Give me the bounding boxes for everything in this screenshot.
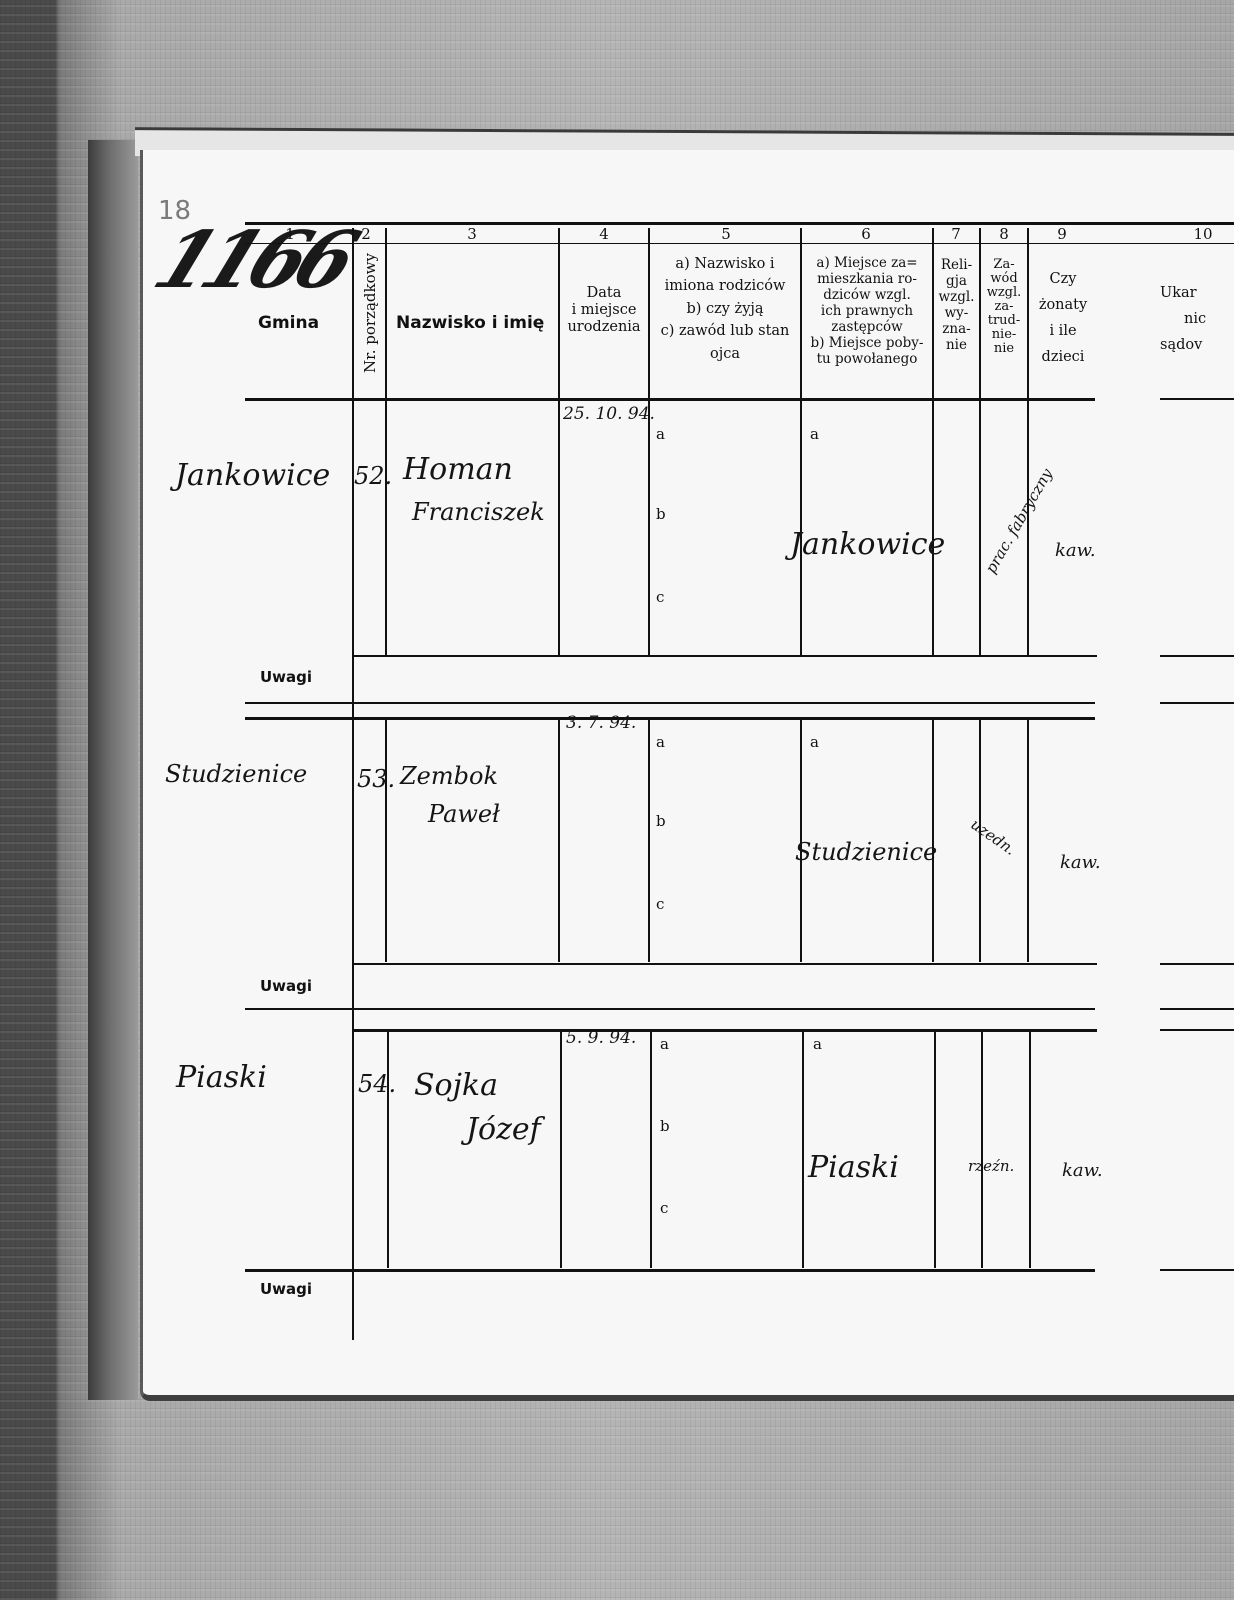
header-religion-line: gja <box>934 274 979 290</box>
header-punished-line: sądov <box>1160 332 1234 358</box>
header-parents-line: c) zawód lub stan <box>650 320 800 342</box>
entry-3-birth-date: 5. 9. 94. <box>566 1028 636 1048</box>
sub-label-a-residence: a <box>813 1035 822 1053</box>
header-gmina: Gmina <box>258 313 319 333</box>
remarks-label-2: Uwagi <box>260 977 312 995</box>
sub-label-b: b <box>656 505 666 523</box>
entry-3-given-name: Józef <box>466 1112 541 1147</box>
header-residence-line: a) Miejsce za= <box>802 256 932 272</box>
header-birth: Data i miejsce urodzenia <box>560 285 648 336</box>
header-parents-line: a) Nazwisko i <box>650 253 800 275</box>
entry-1-bottom-rule <box>352 655 1097 657</box>
entry-3-status: kaw. <box>1062 1160 1103 1181</box>
column-number-6: 6 <box>856 225 876 243</box>
header-parents-line: b) czy żyją <box>650 298 800 320</box>
entry-1-status: kaw. <box>1055 540 1096 561</box>
sub-label-c: c <box>660 1199 668 1217</box>
header-birth-line: Data <box>560 285 648 302</box>
header-occupation-line: za- <box>981 300 1027 314</box>
header-bottom-rule <box>245 398 1095 401</box>
entry-2-birth-date: 3. 7. 94. <box>566 713 636 733</box>
entry-3-gmina: Piaski <box>176 1060 267 1095</box>
header-residence-line: zastępców <box>802 320 932 336</box>
header-married-line: i ile <box>1029 318 1097 344</box>
column-number-7: 7 <box>946 225 966 243</box>
entry-3-occupation: rzeźn. <box>968 1157 1014 1175</box>
entry-2-residence: Studzienice <box>795 838 937 866</box>
header-parents: a) Nazwisko i imiona rodziców b) czy żyj… <box>650 253 800 365</box>
header-residence-line: dziców wzgl. <box>802 288 932 304</box>
col-divider-8-9c <box>1029 1030 1031 1268</box>
col-divider-5-6c <box>802 1030 804 1268</box>
header-religion-line: zna- <box>934 322 979 338</box>
colnum-rule <box>245 243 1234 244</box>
header-punished-line: Ukar <box>1160 280 1234 306</box>
entry-1-given-name: Franciszek <box>412 498 545 526</box>
book-spine-shadow <box>88 140 138 1400</box>
header-punished: Ukar nic sądov <box>1160 280 1234 358</box>
column-number-5: 5 <box>716 225 736 243</box>
header-occupation-line: Za- <box>981 258 1027 272</box>
col-divider-6-7c <box>934 1030 936 1268</box>
col-divider-7-8c <box>981 1030 983 1268</box>
entry-1-bottom-rule-right <box>1160 655 1234 657</box>
sub-label-a-residence: a <box>810 733 819 751</box>
header-residence-line: mieszkania ro- <box>802 272 932 288</box>
header-residence-line: tu powołanego <box>802 352 932 368</box>
uwagi-2-bottom-rule <box>245 1008 1095 1010</box>
entry-3-bottom-rule-right <box>1160 1269 1234 1271</box>
column-number-1: 1 <box>280 225 300 243</box>
remarks-label-3: Uwagi <box>260 1280 312 1298</box>
sub-label-c: c <box>656 588 664 606</box>
entry-3-bottom-rule <box>245 1269 1095 1272</box>
header-religion-line: wzgl. <box>934 290 979 306</box>
header-religion: Reli- gja wzgl. wy- zna- nie <box>934 258 979 354</box>
entry-2-top-rule <box>245 717 1095 720</box>
sub-label-b: b <box>660 1117 670 1135</box>
uwagi-1-bottom-rule <box>245 702 1095 704</box>
header-bottom-rule-right <box>1160 398 1234 400</box>
sub-label-a-residence: a <box>810 425 819 443</box>
col-divider-4-5c <box>650 1030 652 1268</box>
header-married-line: Czy <box>1029 266 1097 292</box>
header-residence-line: b) Miejsce poby- <box>802 336 932 352</box>
header-married: Czy żonaty i ile dzieci <box>1029 266 1097 370</box>
col-divider-3-4c <box>560 1030 562 1268</box>
sub-label-b: b <box>656 812 666 830</box>
col-divider-2-3c <box>387 1030 389 1268</box>
sub-label-a: a <box>656 733 665 751</box>
header-residence: a) Miejsce za= mieszkania ro- dziców wzg… <box>802 256 932 367</box>
column-number-4: 4 <box>594 225 614 243</box>
header-occupation-line: nie- <box>981 328 1027 342</box>
col-divider-3-4b <box>558 718 560 962</box>
header-married-line: dzieci <box>1029 344 1097 370</box>
col-divider-7-8b <box>979 718 981 962</box>
header-punished-line: nic <box>1160 306 1234 332</box>
entry-3-top-rule <box>352 1029 1097 1032</box>
header-religion-line: wy- <box>934 306 979 322</box>
entry-1-residence: Jankowice <box>790 527 945 562</box>
header-residence-line: ich prawnych <box>802 304 932 320</box>
header-occupation-line: wód <box>981 272 1027 286</box>
header-parents-line: ojca <box>650 343 800 365</box>
entry-2-bottom-rule-right <box>1160 963 1234 965</box>
entry-2-nr: 53. <box>357 765 395 793</box>
header-nazwisko-imie: Nazwisko i imię <box>396 313 544 333</box>
col-divider-1-2 <box>352 228 354 1340</box>
col-divider-8-9b <box>1027 718 1029 962</box>
entry-3-residence: Piaski <box>808 1150 899 1185</box>
header-parents-line: imiona rodziców <box>650 275 800 297</box>
entry-1-surname: Homan <box>403 452 513 487</box>
entry-1-nr: 52. <box>354 462 392 490</box>
entry-1-birth-date: 25. 10. 94. <box>563 404 655 424</box>
col-divider-2-3 <box>385 228 387 656</box>
entry-3-surname: Sojka <box>414 1068 498 1103</box>
column-number-8: 8 <box>994 225 1014 243</box>
stamped-record-number: 1166 <box>142 215 364 306</box>
entry-2-bottom-rule <box>352 963 1097 965</box>
column-number-3: 3 <box>462 225 482 243</box>
column-number-10: 10 <box>1188 225 1218 243</box>
header-occupation-line: wzgl. <box>981 286 1027 300</box>
header-married-line: żonaty <box>1029 292 1097 318</box>
header-religion-line: nie <box>934 338 979 354</box>
entry-3-top-rule-right <box>1160 1029 1234 1031</box>
entry-2-status: kaw. <box>1060 852 1101 873</box>
col-divider-4-5b <box>648 718 650 962</box>
entry-1-gmina: Jankowice <box>175 458 330 493</box>
entry-2-given-name: Paweł <box>428 800 500 828</box>
entry-3-nr: 54. <box>358 1070 396 1098</box>
col-divider-2-3b <box>385 718 387 962</box>
header-occupation-line: trud- <box>981 314 1027 328</box>
header-birth-line: urodzenia <box>560 319 648 336</box>
sub-label-c: c <box>656 895 664 913</box>
uwagi-2-bottom-rule-right <box>1160 1008 1234 1010</box>
header-occupation: Za- wód wzgl. za- trud- nie- nie <box>981 258 1027 356</box>
uwagi-1-bottom-rule-right <box>1160 702 1234 704</box>
header-birth-line: i miejsce <box>560 302 648 319</box>
entry-2-gmina: Studzienice <box>165 760 307 788</box>
sub-label-a: a <box>660 1035 669 1053</box>
header-nr-porzadkowy: Nr. porządkowy <box>361 253 379 373</box>
sub-label-a: a <box>656 425 665 443</box>
column-number-9: 9 <box>1052 225 1072 243</box>
remarks-label-1: Uwagi <box>260 668 312 686</box>
entry-2-surname: Zembok <box>400 762 498 790</box>
table-top-rule <box>245 222 1234 225</box>
header-religion-line: Reli- <box>934 258 979 274</box>
column-number-2: 2 <box>356 225 376 243</box>
header-occupation-line: nie <box>981 342 1027 356</box>
